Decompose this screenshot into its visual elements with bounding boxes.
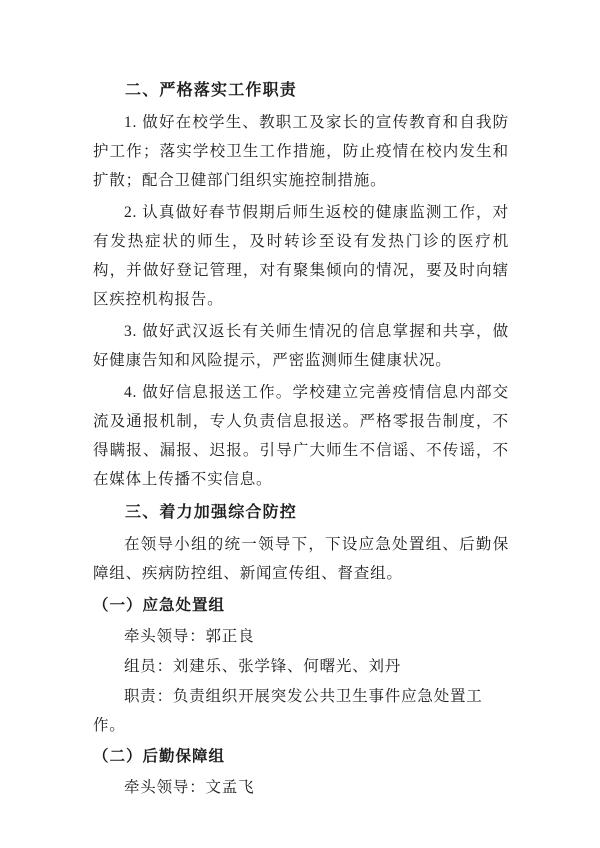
paragraph-groups-overview: 在领导小组的统一领导下，下设应急处置组、后勤保障组、疾病防控组、新闻宣传组、督查… bbox=[93, 530, 509, 588]
section-heading-3: 三、着力加强综合防控 bbox=[93, 498, 509, 527]
detail-duties-1: 职责：负责组织开展突发公共卫生事件应急处置工作。 bbox=[93, 682, 509, 740]
detail-members-1: 组员：刘建乐、张学锋、何曙光、刘丹 bbox=[93, 652, 509, 681]
document-page: 二、严格落实工作职责 1. 做好在校学生、教职工及家长的宣传教育和自我防护工作；… bbox=[0, 0, 600, 848]
paragraph-item-1: 1. 做好在校学生、教职工及家长的宣传教育和自我防护工作；落实学校卫生工作措施，… bbox=[93, 108, 509, 195]
document-body: 二、严格落实工作职责 1. 做好在校学生、教职工及家长的宣传教育和自我防护工作；… bbox=[93, 72, 509, 803]
section-heading-2: 二、严格落实工作职责 bbox=[93, 76, 509, 105]
group-heading-emergency-response: （一）应急处置组 bbox=[93, 591, 509, 620]
paragraph-item-4: 4. 做好信息报送工作。学校建立完善疫情信息内部交流及通报机制，专人负责信息报送… bbox=[93, 378, 509, 494]
detail-lead-leader-2: 牵头领导：文孟飞 bbox=[93, 773, 509, 802]
group-heading-logistics-support: （二）后勤保障组 bbox=[93, 742, 509, 771]
paragraph-item-2: 2. 认真做好春节假期后师生返校的健康监测工作，对有发热症状的师生，及时转诊至设… bbox=[93, 198, 509, 314]
paragraph-item-3: 3. 做好武汉返长有关师生情况的信息掌握和共享，做好健康告知和风险提示，严密监测… bbox=[93, 317, 509, 375]
detail-lead-leader-1: 牵头领导：郭正良 bbox=[93, 622, 509, 651]
